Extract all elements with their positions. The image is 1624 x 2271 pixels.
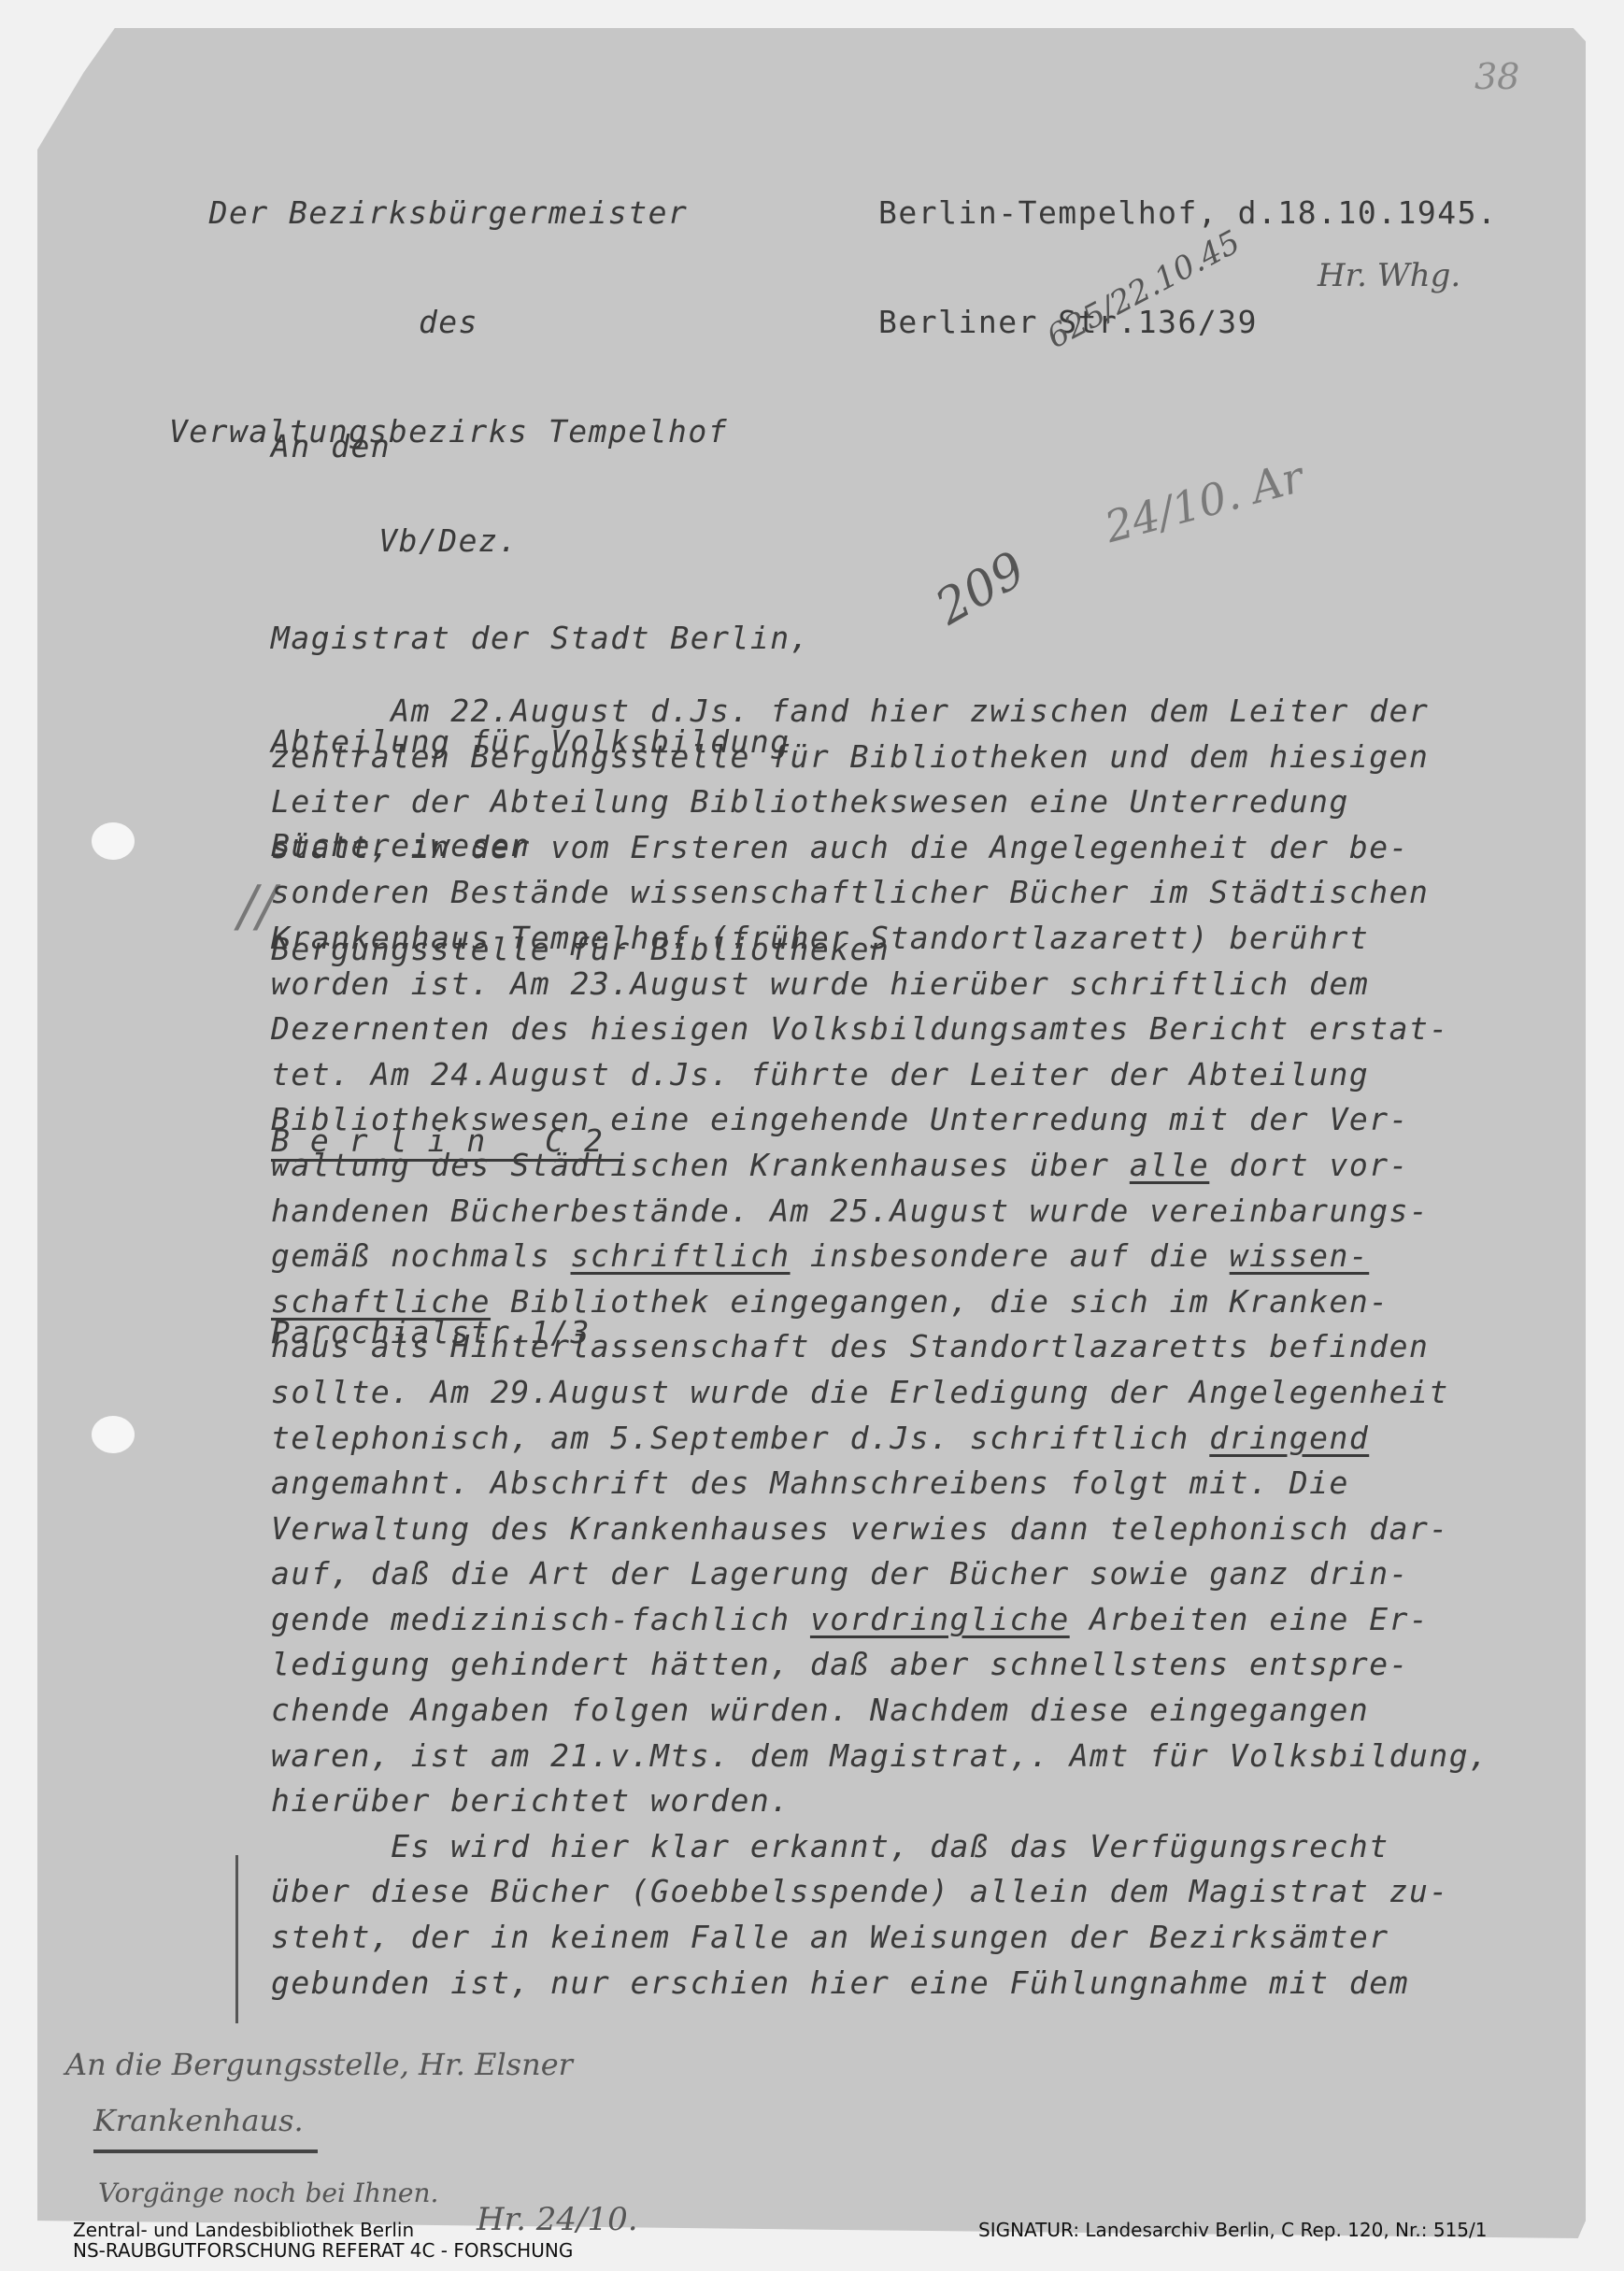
footer-institution: Zentral- und Landesbibliothek Berlin xyxy=(73,2220,573,2240)
sender-address: Berliner Str.136/39 xyxy=(878,304,1497,340)
body-line: sollte. Am 29.August wurde die Erledigun… xyxy=(271,1370,1489,1416)
body-line: sonderen Bestände wissenschaftlicher Büc… xyxy=(271,870,1489,916)
body-line: tet. Am 24.August d.Js. führte der Leite… xyxy=(271,1052,1489,1098)
underlined-word: dringend xyxy=(1209,1420,1369,1456)
body-line: gemäß nochmals schriftlich insbesondere … xyxy=(271,1234,1489,1279)
handwritten-page-number: 38 xyxy=(1474,56,1519,97)
place-date: Berlin-Tempelhof, d.18.10.1945. xyxy=(878,194,1497,231)
footer-left: Zentral- und Landesbibliothek Berlin NS-… xyxy=(73,2220,573,2261)
body-line: hierüber berichtet worden. xyxy=(271,1778,1489,1824)
punch-hole-upper xyxy=(92,822,135,860)
margin-vertical-line xyxy=(235,1855,238,2023)
body-line: Krankenhaus Tempelhof (früher Standortla… xyxy=(271,916,1489,962)
body-line: zentralen Bergungsstelle für Bibliotheke… xyxy=(271,735,1489,780)
body-line: Es wird hier klar erkannt, daß das Verfü… xyxy=(271,1824,1489,1870)
body-line: statt, in der vom Ersteren auch die Ange… xyxy=(271,825,1489,871)
body-line: Leiter der Abteilung Bibliothekswesen ei… xyxy=(271,779,1489,825)
handwritten-note-line: An die Bergungsstelle, Hr. Elsner xyxy=(65,2047,573,2082)
body-line: waren, ist am 21.v.Mts. dem Magistrat,. … xyxy=(271,1734,1489,1779)
body-line: Am 22.August d.Js. fand hier zwischen de… xyxy=(271,689,1489,735)
body-line: Dezernenten des hiesigen Volksbildungsam… xyxy=(271,1007,1489,1052)
footer-department: NS-RAUBGUTFORSCHUNG REFERAT 4C - FORSCHU… xyxy=(73,2240,573,2261)
body-line: gende medizinisch-fachlich vordringliche… xyxy=(271,1597,1489,1643)
underlined-word: wissen- xyxy=(1230,1237,1370,1274)
sender-line: des xyxy=(145,304,752,340)
body-line: worden ist. Am 23.August wurde hierüber … xyxy=(271,962,1489,1007)
underlined-word: vordringliche xyxy=(810,1601,1070,1637)
body-line: handenen Bücherbestände. Am 25.August wu… xyxy=(271,1189,1489,1235)
body-line: telephonisch, am 5.September d.Js. schri… xyxy=(271,1416,1489,1462)
letter-body: Am 22.August d.Js. fand hier zwischen de… xyxy=(271,689,1489,2006)
recipient-line: Magistrat der Stadt Berlin, xyxy=(271,621,890,655)
body-line: angemahnt. Abschrift des Mahnschreibens … xyxy=(271,1461,1489,1507)
body-line: auf, daß die Art der Lagerung der Bücher… xyxy=(271,1551,1489,1597)
recipient-salutation: An den xyxy=(271,429,890,464)
body-line: chende Angaben folgen würden. Nachdem di… xyxy=(271,1688,1489,1734)
body-line: schaftliche Bibliothek eingegangen, die … xyxy=(271,1279,1489,1325)
body-line: ledigung gehindert hätten, daß aber schn… xyxy=(271,1642,1489,1688)
footer-signature: SIGNATUR: Landesarchiv Berlin, C Rep. 12… xyxy=(978,2220,1487,2240)
body-line: über diese Bücher (Goebbelsspende) allei… xyxy=(271,1869,1489,1915)
handwritten-note-line: Krankenhaus. xyxy=(93,2103,318,2153)
handwritten-initials-top: Hr. Whg. xyxy=(1318,257,1460,294)
sender-line: Der Bezirksbürgermeister xyxy=(145,194,752,231)
body-line: Verwaltung des Krankenhauses verwies dan… xyxy=(271,1507,1489,1552)
punch-hole-lower xyxy=(92,1416,135,1453)
body-line: steht, der in keinem Falle an Weisungen … xyxy=(271,1915,1489,1961)
underlined-word: alle xyxy=(1130,1147,1209,1183)
underlined-word: schriftlich xyxy=(571,1237,791,1274)
body-line: gebunden ist, nur erschien hier eine Füh… xyxy=(271,1961,1489,2007)
underlined-word: schaftliche xyxy=(271,1283,491,1320)
body-line: waltung des Städtischen Krankenhauses üb… xyxy=(271,1143,1489,1189)
body-line: haus als Hinterlassenschaft des Standort… xyxy=(271,1324,1489,1370)
handwritten-note-line: Vorgänge noch bei Ihnen. xyxy=(98,2178,438,2208)
body-line: Bibliothekswesen eine eingehende Unterre… xyxy=(271,1097,1489,1143)
